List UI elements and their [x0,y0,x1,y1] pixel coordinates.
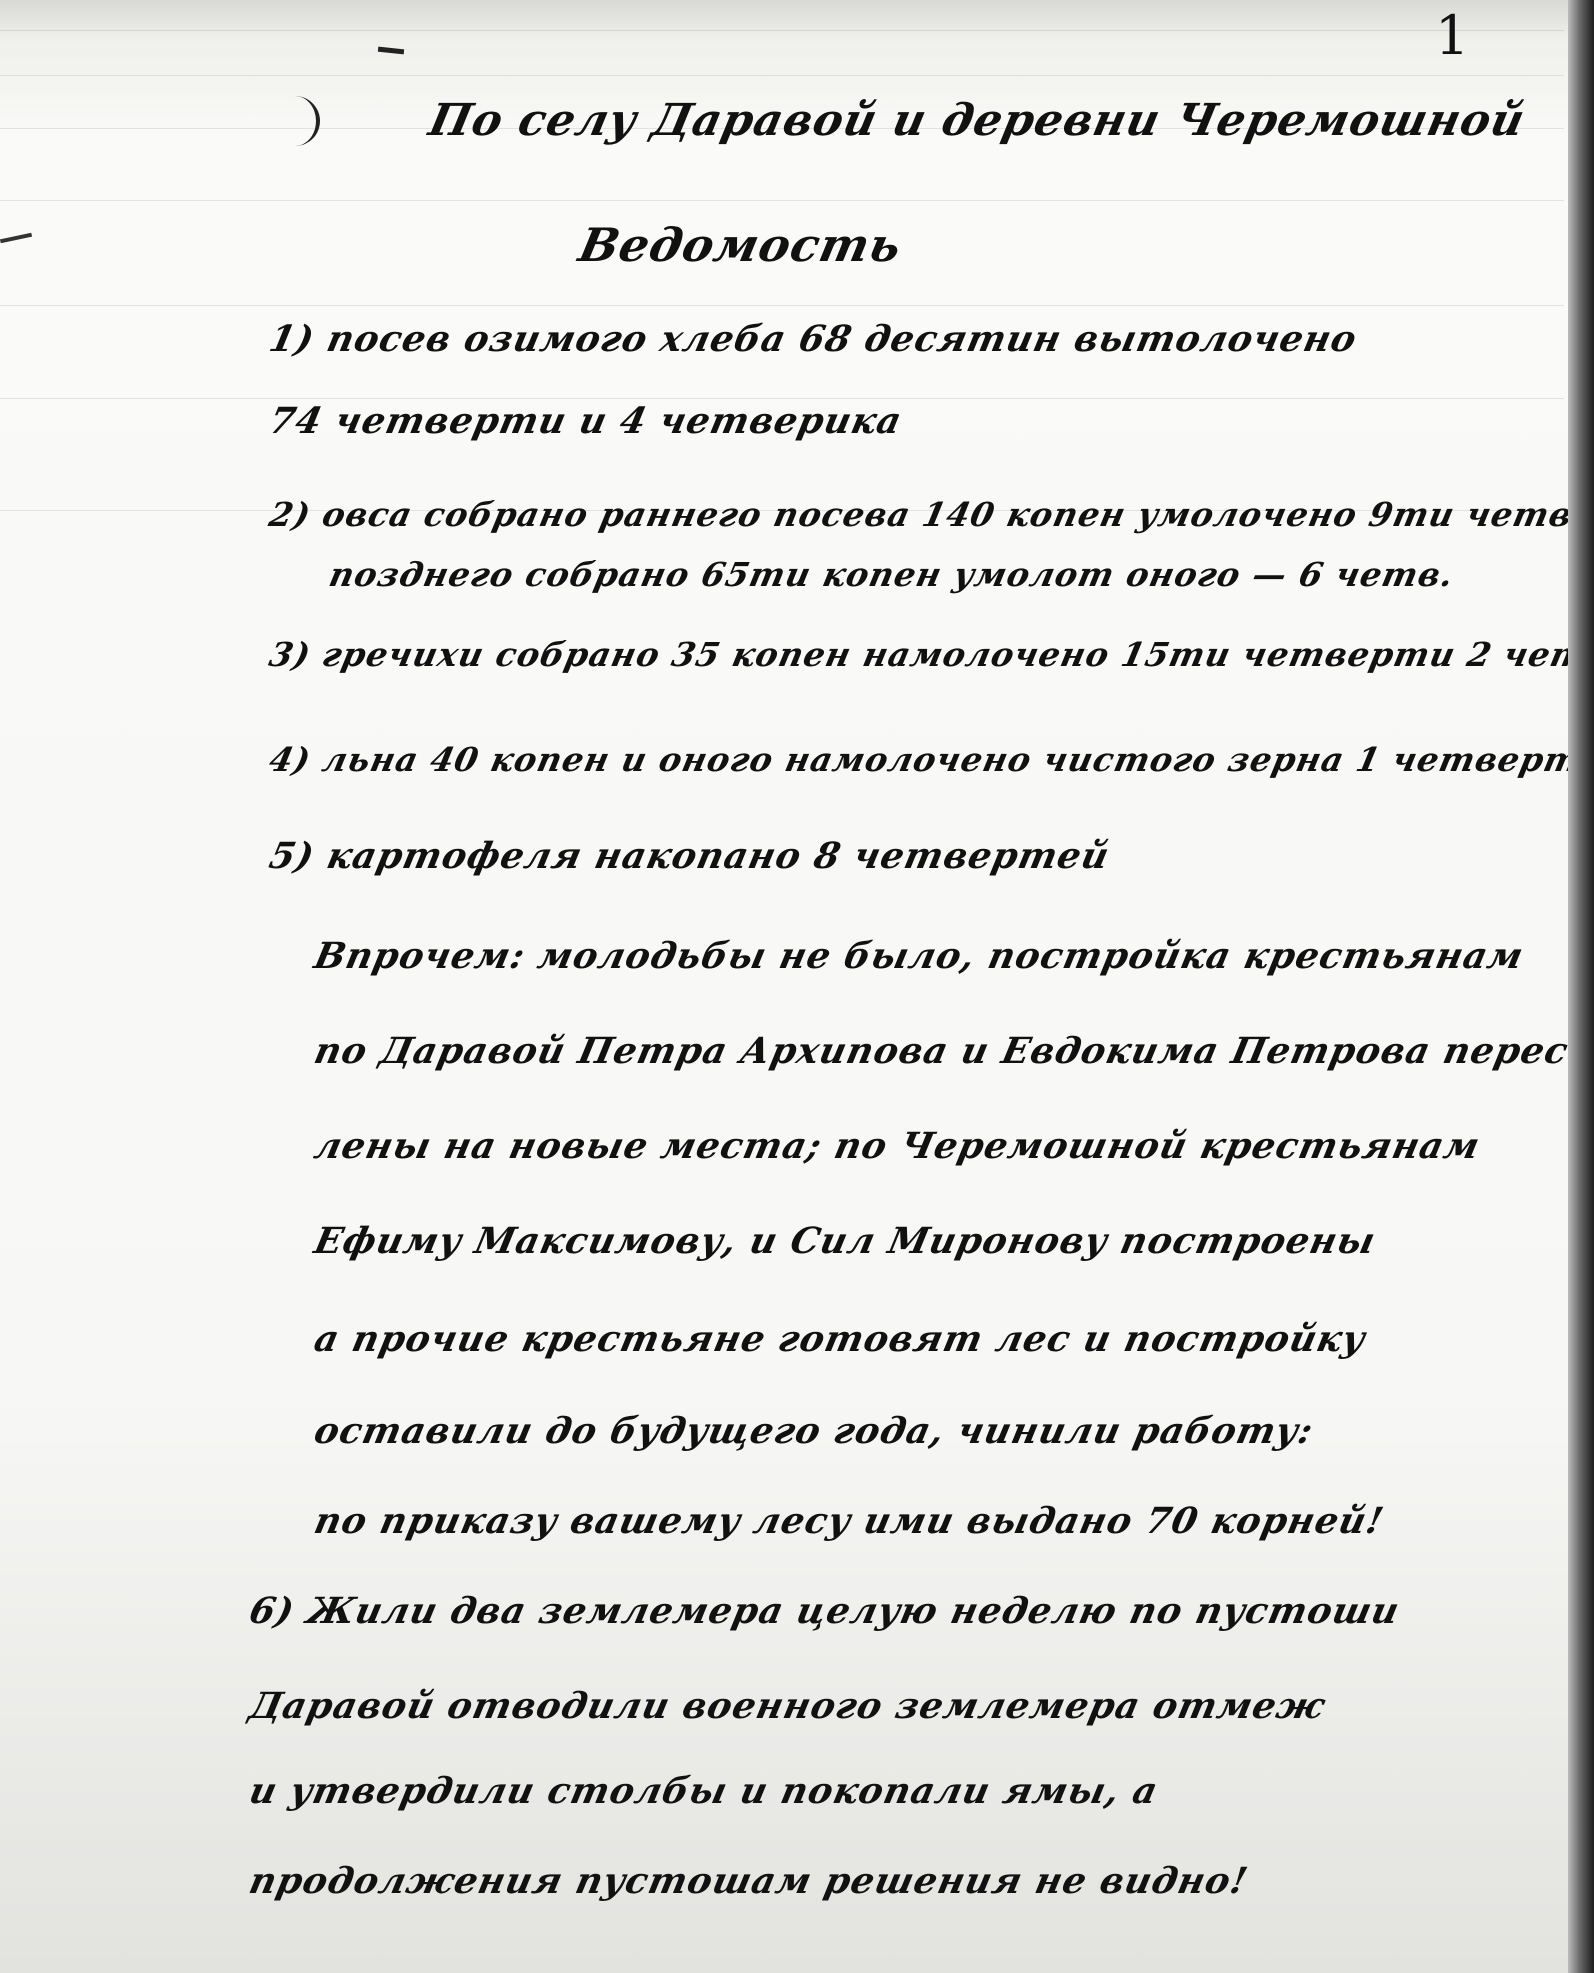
margin-bracket-mark [288,96,320,146]
text-line-6: 4) льна 40 копен и оного намолочено чист… [266,740,1594,779]
document-heading: По селу Даравой и деревни Черемошной [425,95,1530,146]
text-line-9: по Даравой Петра Архипова и Евдокима Пет… [311,1030,1594,1072]
text-line-8: Впрочем: молодьбы не было, постройка кре… [311,935,1528,977]
ruled-line [0,305,1564,306]
text-line-4: позднего собрано 65ти копен умолот оного… [326,555,1458,594]
margin-stroke-mark [0,233,32,244]
ruled-line [0,30,1564,31]
text-line-14: по приказу вашему лесу ими выдано 70 кор… [311,1500,1388,1542]
text-line-3: 2) овса собрано раннего посева 140 копен… [266,495,1594,534]
text-line-15: 6) Жили два землемера целую неделю по пу… [246,1590,1404,1632]
page-number: 1 [1435,4,1469,67]
manuscript-page: 1 По селу Даравой и деревни Черемошной В… [0,0,1594,1973]
text-line-5: 3) гречихи собрано 35 копен намолочено 1… [266,635,1594,674]
text-line-16: Даравой отводили военного землемера отме… [246,1685,1330,1727]
text-line-17: и утвердили столбы и покопали ямы, а [246,1770,1163,1812]
ruled-line [0,398,1564,399]
text-line-18: продолжения пустошам решения не видно! [246,1860,1252,1902]
ruled-line [0,75,1564,76]
text-line-12: а прочие крестьяне готовят лес и построй… [311,1318,1370,1360]
text-line-7: 5) картофеля накопано 8 четвертей [266,835,1114,877]
ruled-line [0,200,1564,201]
pen-dash-mark [378,47,404,55]
document-title: Ведомость [574,218,907,272]
text-line-11: Ефиму Максимову, и Сил Миронову построен… [311,1220,1380,1262]
page-edge-shadow [1568,0,1594,1973]
text-line-2: 74 четверти и 4 четверика [266,400,906,442]
text-line-10: лены на новые места; по Черемошной крест… [311,1125,1484,1167]
text-line-13: оставили до будущего года, чинили работу… [311,1410,1318,1452]
text-line-1: 1) посев озимого хлеба 68 десятин вытоло… [266,318,1361,360]
